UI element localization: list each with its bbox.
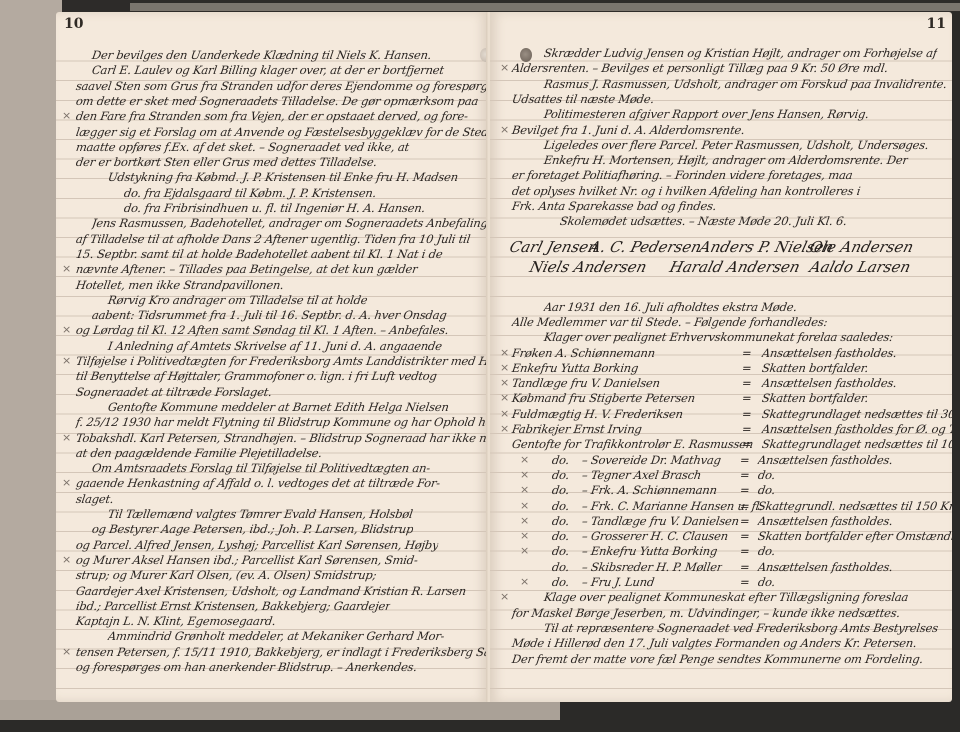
minute-line: til Benyttelse af Højttaler, Grammofoner… [75, 369, 438, 383]
minute-line: Tilføjelse i Politivedtægten for Frederi… [75, 354, 488, 368]
minute-line: Frk. Anta Sparekasse bad og findes. [511, 199, 717, 213]
equals-sign: = [739, 544, 750, 558]
ditto-prefix: do. [551, 560, 570, 574]
equals-sign: = [741, 376, 752, 390]
minute-line: om dette er sket med Sogneraadets Tillad… [75, 94, 479, 108]
left-page: 10 Der bevilges den Uanderkede Klædning … [56, 12, 488, 702]
complaint-name: Frøken A. Schiønnemann [511, 346, 656, 360]
minute-line: og Murer Aksel Hansen ibd.; Parcellist K… [75, 553, 419, 567]
complaint-name: Fabrikejer Ernst Irving [511, 422, 643, 436]
minute-line: gaaende Henkastning af Affald o. l. vedt… [75, 476, 441, 490]
minute-line: Tobakshdl. Karl Petersen, Strandhøjen. –… [75, 431, 488, 445]
minute-line: der er bortkørt Sten eller Grus med dett… [75, 155, 378, 169]
signature: Niels Andersen [528, 258, 649, 276]
ditto-prefix: do. [551, 453, 570, 467]
check-x-mark-icon: × [500, 407, 509, 420]
complaint-name: – Grosserer H. C. Clausen [581, 529, 729, 543]
equals-sign: = [741, 346, 752, 360]
minute-line: Jens Rasmussen, Badehotellet, andrager o… [91, 216, 488, 230]
check-x-mark-icon: × [62, 354, 71, 367]
signature: A. C. Pedersen [588, 238, 704, 256]
ditto-prefix: do. [551, 575, 570, 589]
minute-line: maatte opføres f.Ex. af det sket. – Sogn… [75, 140, 410, 154]
minute-line: er foretaget Politiafhøring. – Forinden … [511, 168, 853, 182]
complaint-decision: Ansættelsen fastholdes. [757, 453, 894, 467]
book-cover-left [0, 0, 62, 712]
complaint-decision: Ansættelsen fastholdes. [757, 560, 894, 574]
check-x-mark-icon: × [500, 376, 509, 389]
check-x-mark-icon: × [62, 262, 71, 275]
minute-line: tensen Petersen, f. 15/11 1910, Bakkebje… [75, 645, 488, 659]
right-page-text: Skrædder Ludvig Jensen og Kristian Højlt… [490, 12, 952, 702]
complaint-name: – Frk. C. Marianne Hansen u. fl. [581, 499, 764, 513]
check-x-mark-icon: × [500, 391, 509, 404]
check-x-mark-icon: × [520, 575, 529, 588]
minute-line: Sogneraadet at tiltræde Forslaget. [75, 385, 273, 399]
page-block-edge [130, 3, 960, 11]
complaint-name: Tandlæge fru V. Danielsen [511, 376, 661, 390]
complaint-name: Købmand fru Stigberte Petersen [511, 391, 696, 405]
minute-line: nævnte Aftener. – Tillades paa Betingels… [75, 262, 418, 276]
minute-line: Gaardejer Axel Kristensen, Udsholt, og L… [75, 584, 467, 598]
check-x-mark-icon: × [520, 483, 529, 496]
equals-sign: = [739, 514, 750, 528]
equals-sign: = [739, 560, 750, 574]
minute-line: aabent: Tidsrummet fra 1. Juli til 16. S… [91, 308, 448, 322]
complaint-decision: Skattegrundl. nedsættes til 150 Kr. [757, 499, 952, 513]
complaint-decision: do. [757, 483, 776, 497]
complaint-decision: Skatten bortfalder. [761, 391, 869, 405]
check-x-mark-icon: × [62, 645, 71, 658]
complaint-decision: Skatten bortfalder. [761, 361, 869, 375]
ditto-prefix: do. [551, 544, 570, 558]
equals-sign: = [739, 575, 750, 589]
ditto-prefix: do. [551, 514, 570, 528]
check-x-mark-icon: × [500, 361, 509, 374]
complaint-decision: do. [757, 544, 776, 558]
minute-line: Rørvig Kro andrager om Tilladelse til at… [107, 293, 368, 307]
meeting-line: for Maskel Børge Jeserben, m. Udvindinge… [511, 606, 901, 620]
equals-sign: = [739, 483, 750, 497]
signature: Carl Jensen [508, 238, 600, 256]
minute-line: og Lørdag til Kl. 12 Aften samt Søndag t… [75, 323, 449, 337]
check-x-mark-icon: × [500, 422, 509, 435]
check-x-mark-icon: × [62, 476, 71, 489]
equals-sign: = [739, 453, 750, 467]
complaint-decision: Ansættelsen fastholdes. [761, 346, 898, 360]
equals-sign: = [741, 437, 752, 451]
minute-line: det oplyses hvilket Nr. og i hvilken Afd… [511, 184, 861, 198]
minute-line: Ligeledes over flere Parcel. Peter Rasmu… [543, 138, 929, 152]
complaint-name: – Skibsreder H. P. Møller [581, 560, 723, 574]
check-x-mark-icon: × [62, 431, 71, 444]
minute-line: Skolemødet udsættes. – Næste Møde 20. Ju… [559, 214, 848, 228]
equals-sign: = [741, 361, 752, 375]
check-x-mark-icon: × [500, 123, 509, 136]
meeting-line: Der fremt der matte vore fæl Penge sendt… [511, 652, 924, 666]
meeting-line: Klager over pealignet Erhvervskommunekat… [543, 330, 894, 344]
minute-line: Hotellet, men ikke Strandpavillonen. [75, 278, 285, 292]
minute-line: Enkefru H. Mortensen, Højlt, andrager om… [543, 153, 909, 167]
equals-sign: = [741, 407, 752, 421]
minute-line: af Tilladelse til at afholde Dans 2 Afte… [75, 232, 471, 246]
minute-line: lægger sig et Forslag om at Anvende og F… [75, 125, 488, 139]
ditto-prefix: do. [551, 529, 570, 543]
minute-line: do. fra Fribrisindhuen u. fl. til Ingeni… [123, 201, 426, 215]
minute-line: Kaptajn L. N. Klint, Egemosegaard. [75, 614, 277, 628]
ditto-prefix: do. [551, 468, 570, 482]
meeting-line: Til at repræsentere Sogneraadet ved Fred… [543, 621, 939, 635]
book-cover-bottom [0, 700, 560, 720]
equals-sign: = [739, 499, 750, 513]
ditto-prefix: do. [551, 499, 570, 513]
equals-sign: = [741, 422, 752, 436]
ditto-prefix: do. [551, 483, 570, 497]
minute-line: Gentofte Kommune meddeler at Barnet Edit… [107, 400, 450, 414]
equals-sign: = [741, 391, 752, 405]
complaint-name: – Tandlæge fru V. Danielsen [581, 514, 740, 528]
minute-line: Carl E. Laulev og Karl Billing klager ov… [91, 63, 445, 77]
minute-line: saavel Sten som Grus fra Stranden udfor … [75, 79, 488, 93]
minute-line: og Parcel. Alfred Jensen, Lyshøj; Parcel… [75, 538, 439, 552]
minute-line: slaget. [75, 492, 114, 506]
minute-line: Skrædder Ludvig Jensen og Kristian Højlt… [543, 46, 938, 60]
complaint-name: Gentofte for Trafikkontrolør E. Rasmusse… [511, 437, 754, 451]
left-page-text: Der bevilges den Uanderkede Klædning til… [56, 12, 488, 702]
check-x-mark-icon: × [500, 61, 509, 74]
complaint-name: – Enkefru Yutta Borking [581, 544, 718, 558]
complaint-name: – Frk. A. Schiønnemann [581, 483, 718, 497]
check-x-mark-icon: × [520, 453, 529, 466]
minute-line: Udstykning fra Købmd. J. P. Kristensen t… [107, 170, 459, 184]
meeting-line: Møde i Hillerød den 17. Juli valgtes For… [511, 636, 918, 650]
minute-line: strup; og Murer Karl Olsen, (ev. A. Olse… [75, 568, 377, 582]
complaint-name: – Fru J. Lund [581, 575, 655, 589]
check-x-mark-icon: × [500, 590, 509, 603]
check-x-mark-icon: × [500, 346, 509, 359]
complaint-decision: Ansættelsen fastholdes for Ø. og Tj. and… [761, 422, 952, 436]
check-x-mark-icon: × [62, 109, 71, 122]
check-x-mark-icon: × [520, 468, 529, 481]
complaint-decision: Skattegrundlaget nedsættes til 300 Kr. [761, 407, 952, 421]
check-x-mark-icon: × [520, 514, 529, 527]
minute-line: f. 25/12 1930 har meldt Flytning til Bli… [75, 415, 488, 429]
complaint-decision: Ansættelsen fastholdes. [761, 376, 898, 390]
meeting-line: Klage over pealignet Kommuneskat efter T… [543, 590, 909, 604]
right-page: 11 Skrædder Ludvig Jensen og Kristian Hø… [490, 12, 952, 702]
meeting-line: Alle Medlemmer var til Stede. – Følgende… [511, 315, 828, 329]
minute-line: Politimesteren afgiver Rapport over Jens… [543, 107, 870, 121]
minute-line: Til Tællemænd valgtes Tømrer Evald Hanse… [107, 507, 414, 521]
complaint-decision: Skattegrundlaget nedsættes til 100 Kr. [761, 437, 952, 451]
equals-sign: = [739, 529, 750, 543]
complaint-name: Fuldmægtig H. V. Frederiksen [511, 407, 684, 421]
signature: Ole Andersen [808, 238, 916, 256]
complaint-name: – Tegner Axel Brasch [581, 468, 702, 482]
complaint-decision: do. [757, 468, 776, 482]
check-x-mark-icon: × [62, 553, 71, 566]
complaint-name: Enkefru Yutta Borking [511, 361, 639, 375]
minute-line: Ammindrid Grønholt meddeler, at Mekanike… [107, 629, 445, 643]
minute-line: I Anledning af Amtets Skrivelse af 11. J… [107, 339, 443, 353]
minute-line: Rasmus J. Rasmussen, Udsholt, andrager o… [543, 77, 948, 91]
complaint-decision: Skatten bortfalder efter Omstændighedern… [757, 529, 952, 543]
minute-line: do. fra Ejdalsgaard til Købm. J. P. Kris… [123, 186, 377, 200]
signature: Harald Andersen [668, 258, 802, 276]
minute-line: Bevilget fra 1. Juni d. A. Alderdomsrent… [511, 123, 746, 137]
minute-line: og forespørges om han anerkender Blidstr… [75, 660, 418, 674]
minute-line: og Bestyrer Aage Petersen, ibd.; Joh. P.… [91, 522, 414, 536]
complaint-name: – Sovereide Dr. Mathvag [581, 453, 722, 467]
check-x-mark-icon: × [520, 499, 529, 512]
minute-line: 15. Septbr. samt til at holde Badehotell… [75, 247, 444, 261]
check-x-mark-icon: × [62, 323, 71, 336]
minute-line: Der bevilges den Uanderkede Klædning til… [91, 48, 432, 62]
minute-line: Om Amtsraadets Forslag til Tilføjelse ti… [91, 461, 431, 475]
minute-line: Aldersrenten. – Bevilges et personligt T… [511, 61, 889, 75]
minute-line: den Fare fra Stranden som fra Vejen, der… [75, 109, 469, 123]
check-x-mark-icon: × [520, 529, 529, 542]
complaint-decision: Ansættelsen fastholdes. [757, 514, 894, 528]
minute-line: Udsattes til næste Møde. [511, 92, 655, 106]
minute-line: at den paagældende Familie Plejetilladel… [75, 446, 323, 460]
meeting-line: Aar 1931 den 16. Juli afholdtes ekstra M… [543, 300, 798, 314]
minute-line: ibd.; Parcellist Ernst Kristensen, Bakke… [75, 599, 391, 613]
signature: Aaldo Larsen [808, 258, 913, 276]
equals-sign: = [739, 468, 750, 482]
complaint-decision: do. [757, 575, 776, 589]
check-x-mark-icon: × [520, 544, 529, 557]
